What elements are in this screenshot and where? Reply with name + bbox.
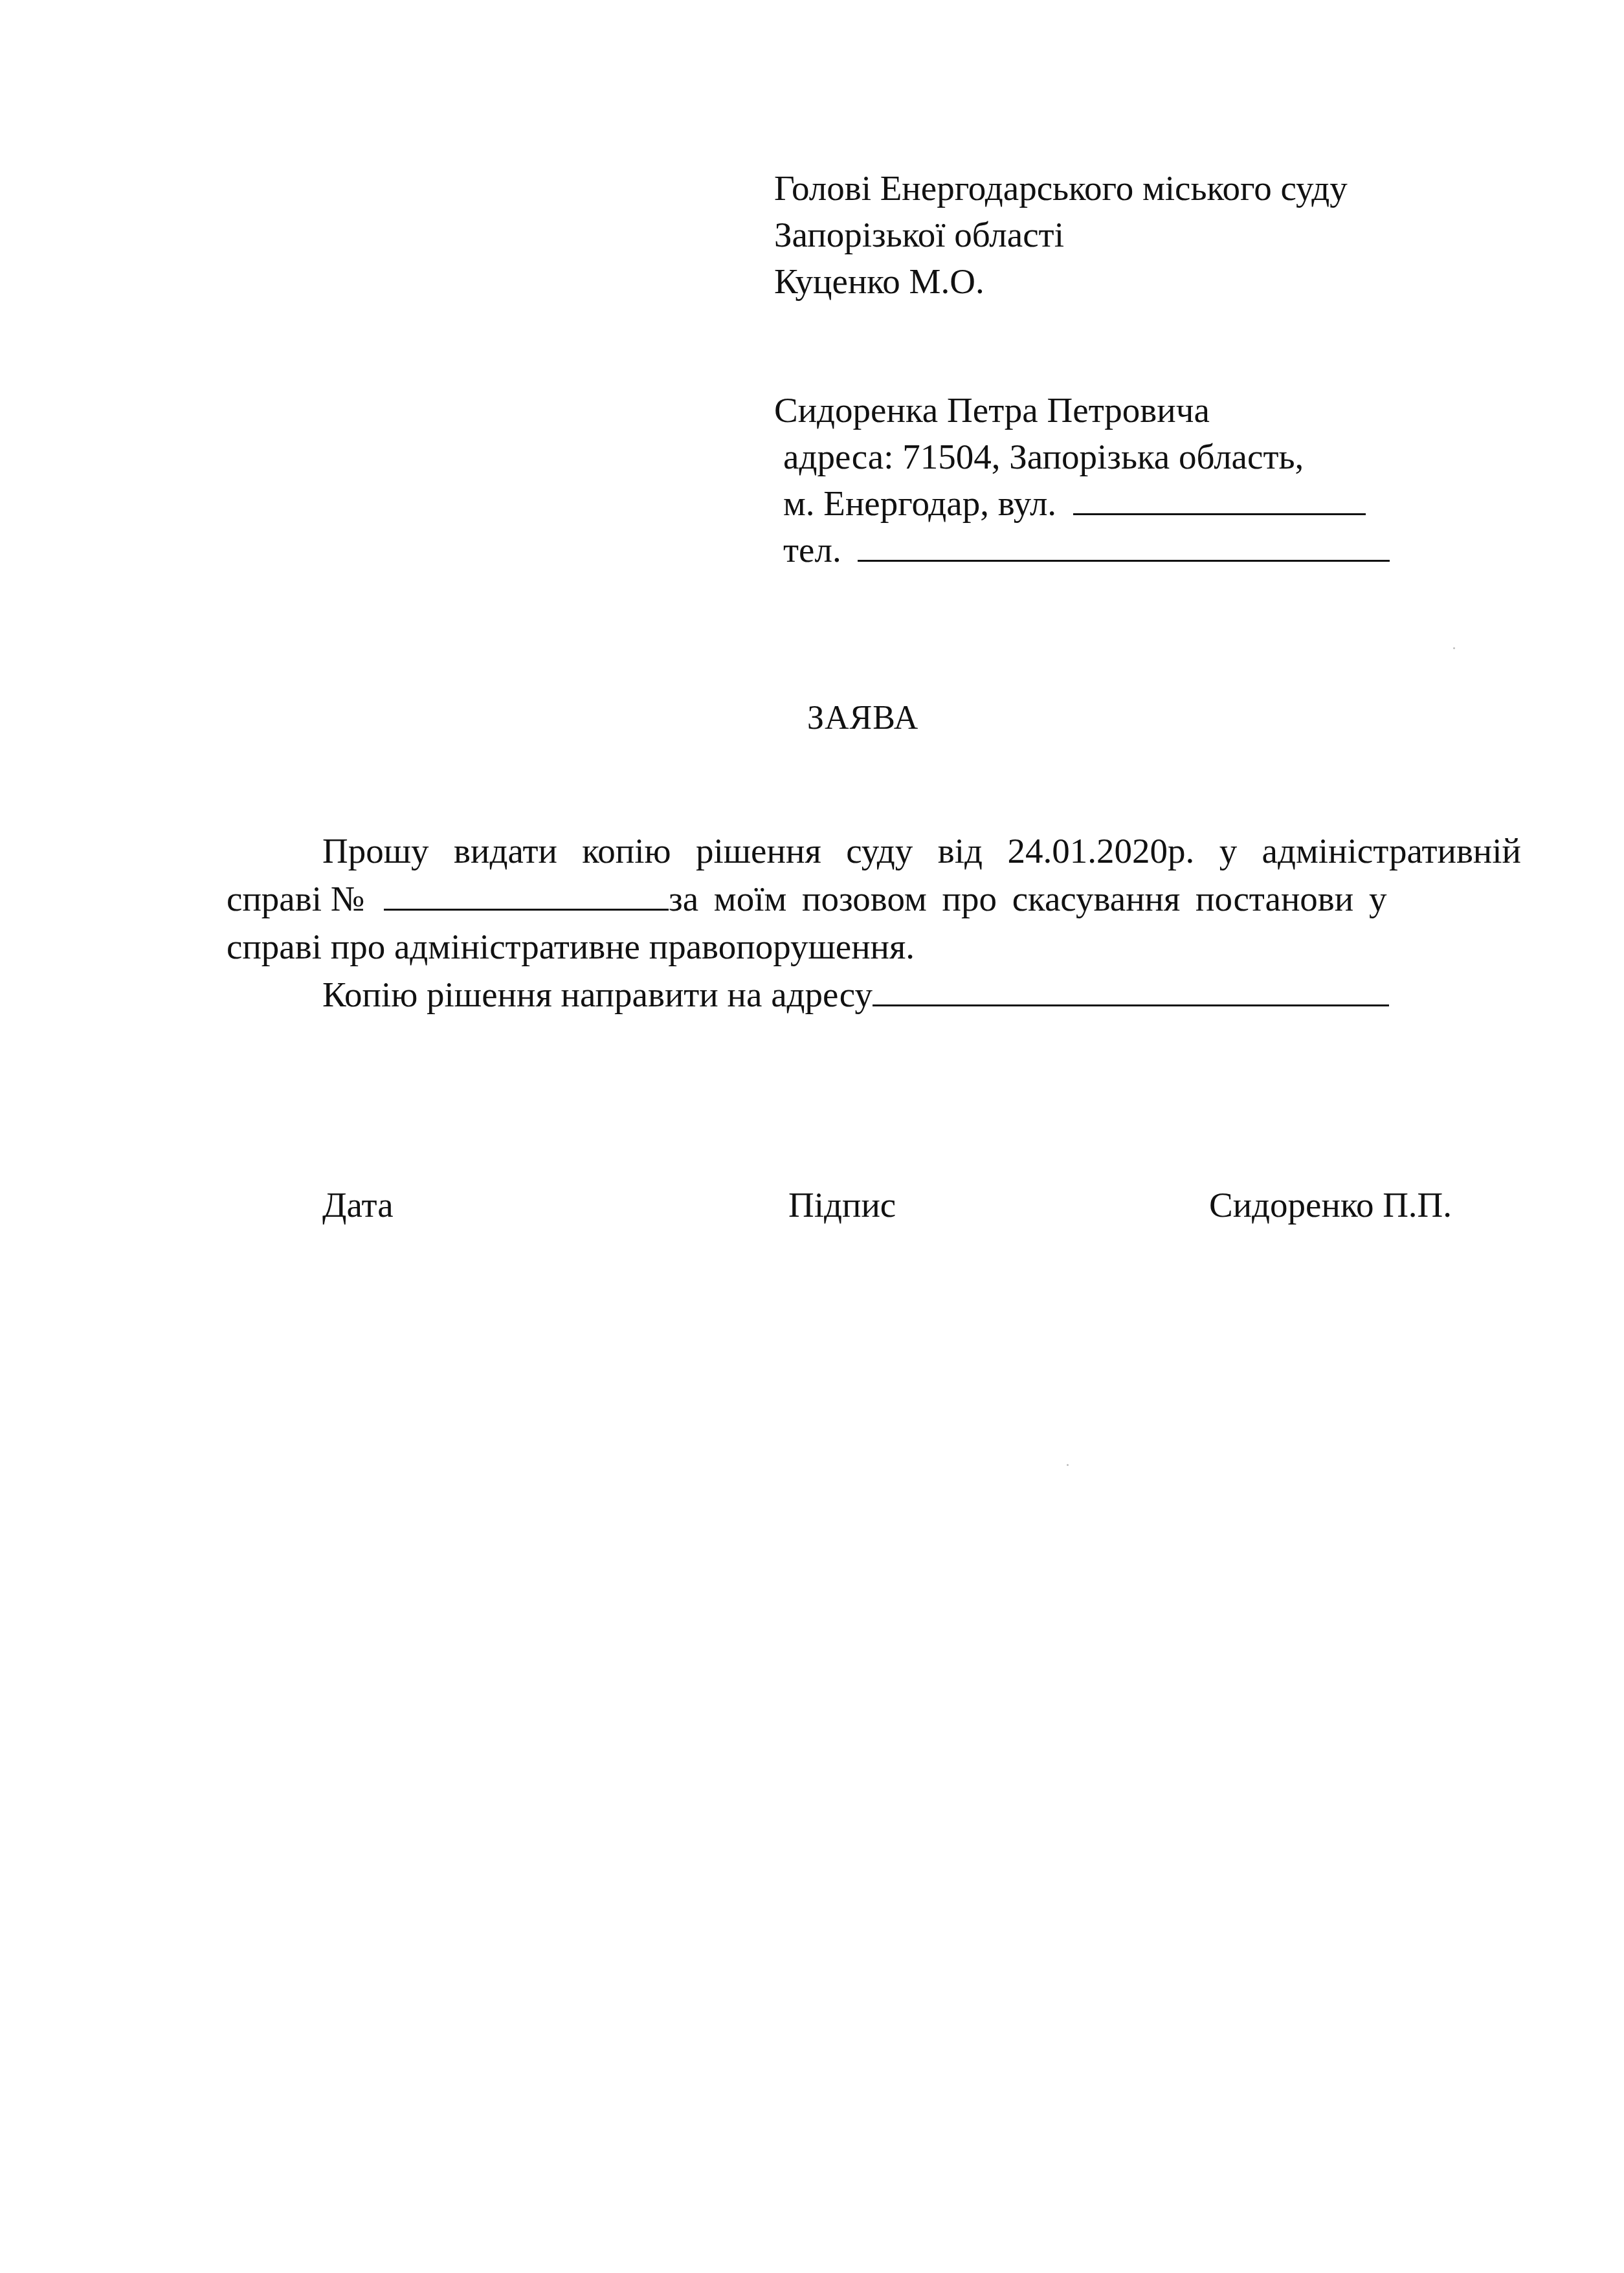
request-paragraph: Прошу видати копію рішення суду від 24.0… xyxy=(227,827,1521,971)
sender-street-line: м. Енергодар, вул. xyxy=(774,480,1390,527)
signer-name: Сидоренко П.П. xyxy=(1209,1184,1452,1225)
case-label: справі № xyxy=(227,879,364,918)
signature-label: Підпис xyxy=(788,1184,896,1225)
request-line-3: справі про адміністративне правопорушенн… xyxy=(227,923,1521,971)
sender-street-label: м. Енергодар, вул. xyxy=(783,483,1056,523)
recipient-line-1: Голові Енергодарського міського суду xyxy=(774,165,1348,212)
delivery-paragraph: Копію рішення направити на адресу xyxy=(227,971,1617,1019)
scan-speck xyxy=(1067,1464,1069,1466)
case-number-field[interactable] xyxy=(384,878,669,911)
delivery-text: Копію рішення направити на адресу xyxy=(322,975,873,1014)
recipient-line-2: Запорізької області xyxy=(774,212,1348,258)
document-title: ЗАЯВА xyxy=(807,699,918,737)
sender-block: Сидоренка Петра Петровича адреса: 71504,… xyxy=(774,387,1390,573)
recipient-block: Голові Енергодарського міського суду Зап… xyxy=(774,165,1348,305)
sender-name: Сидоренка Петра Петровича xyxy=(774,387,1390,434)
sender-phone-line: тел. xyxy=(774,527,1390,573)
sender-phone-label: тел. xyxy=(783,530,841,570)
date-label: Дата xyxy=(322,1184,394,1225)
delivery-address-field[interactable] xyxy=(873,973,1389,1006)
request-line-2: справі № за моїм позовом про скасування … xyxy=(227,875,1521,923)
document-page: Голові Енергодарського міського суду Зап… xyxy=(0,0,1624,2273)
sender-phone-field[interactable] xyxy=(858,529,1390,562)
sender-address: адреса: 71504, Запорізька область, xyxy=(774,434,1390,480)
request-line-2-suffix: за моїм позовом про скасування постанови… xyxy=(669,879,1387,918)
sender-street-field[interactable] xyxy=(1073,482,1366,515)
request-line-1: Прошу видати копію рішення суду від 24.0… xyxy=(227,827,1521,875)
recipient-line-3: Куценко М.О. xyxy=(774,258,1348,305)
scan-speck xyxy=(1453,647,1455,649)
